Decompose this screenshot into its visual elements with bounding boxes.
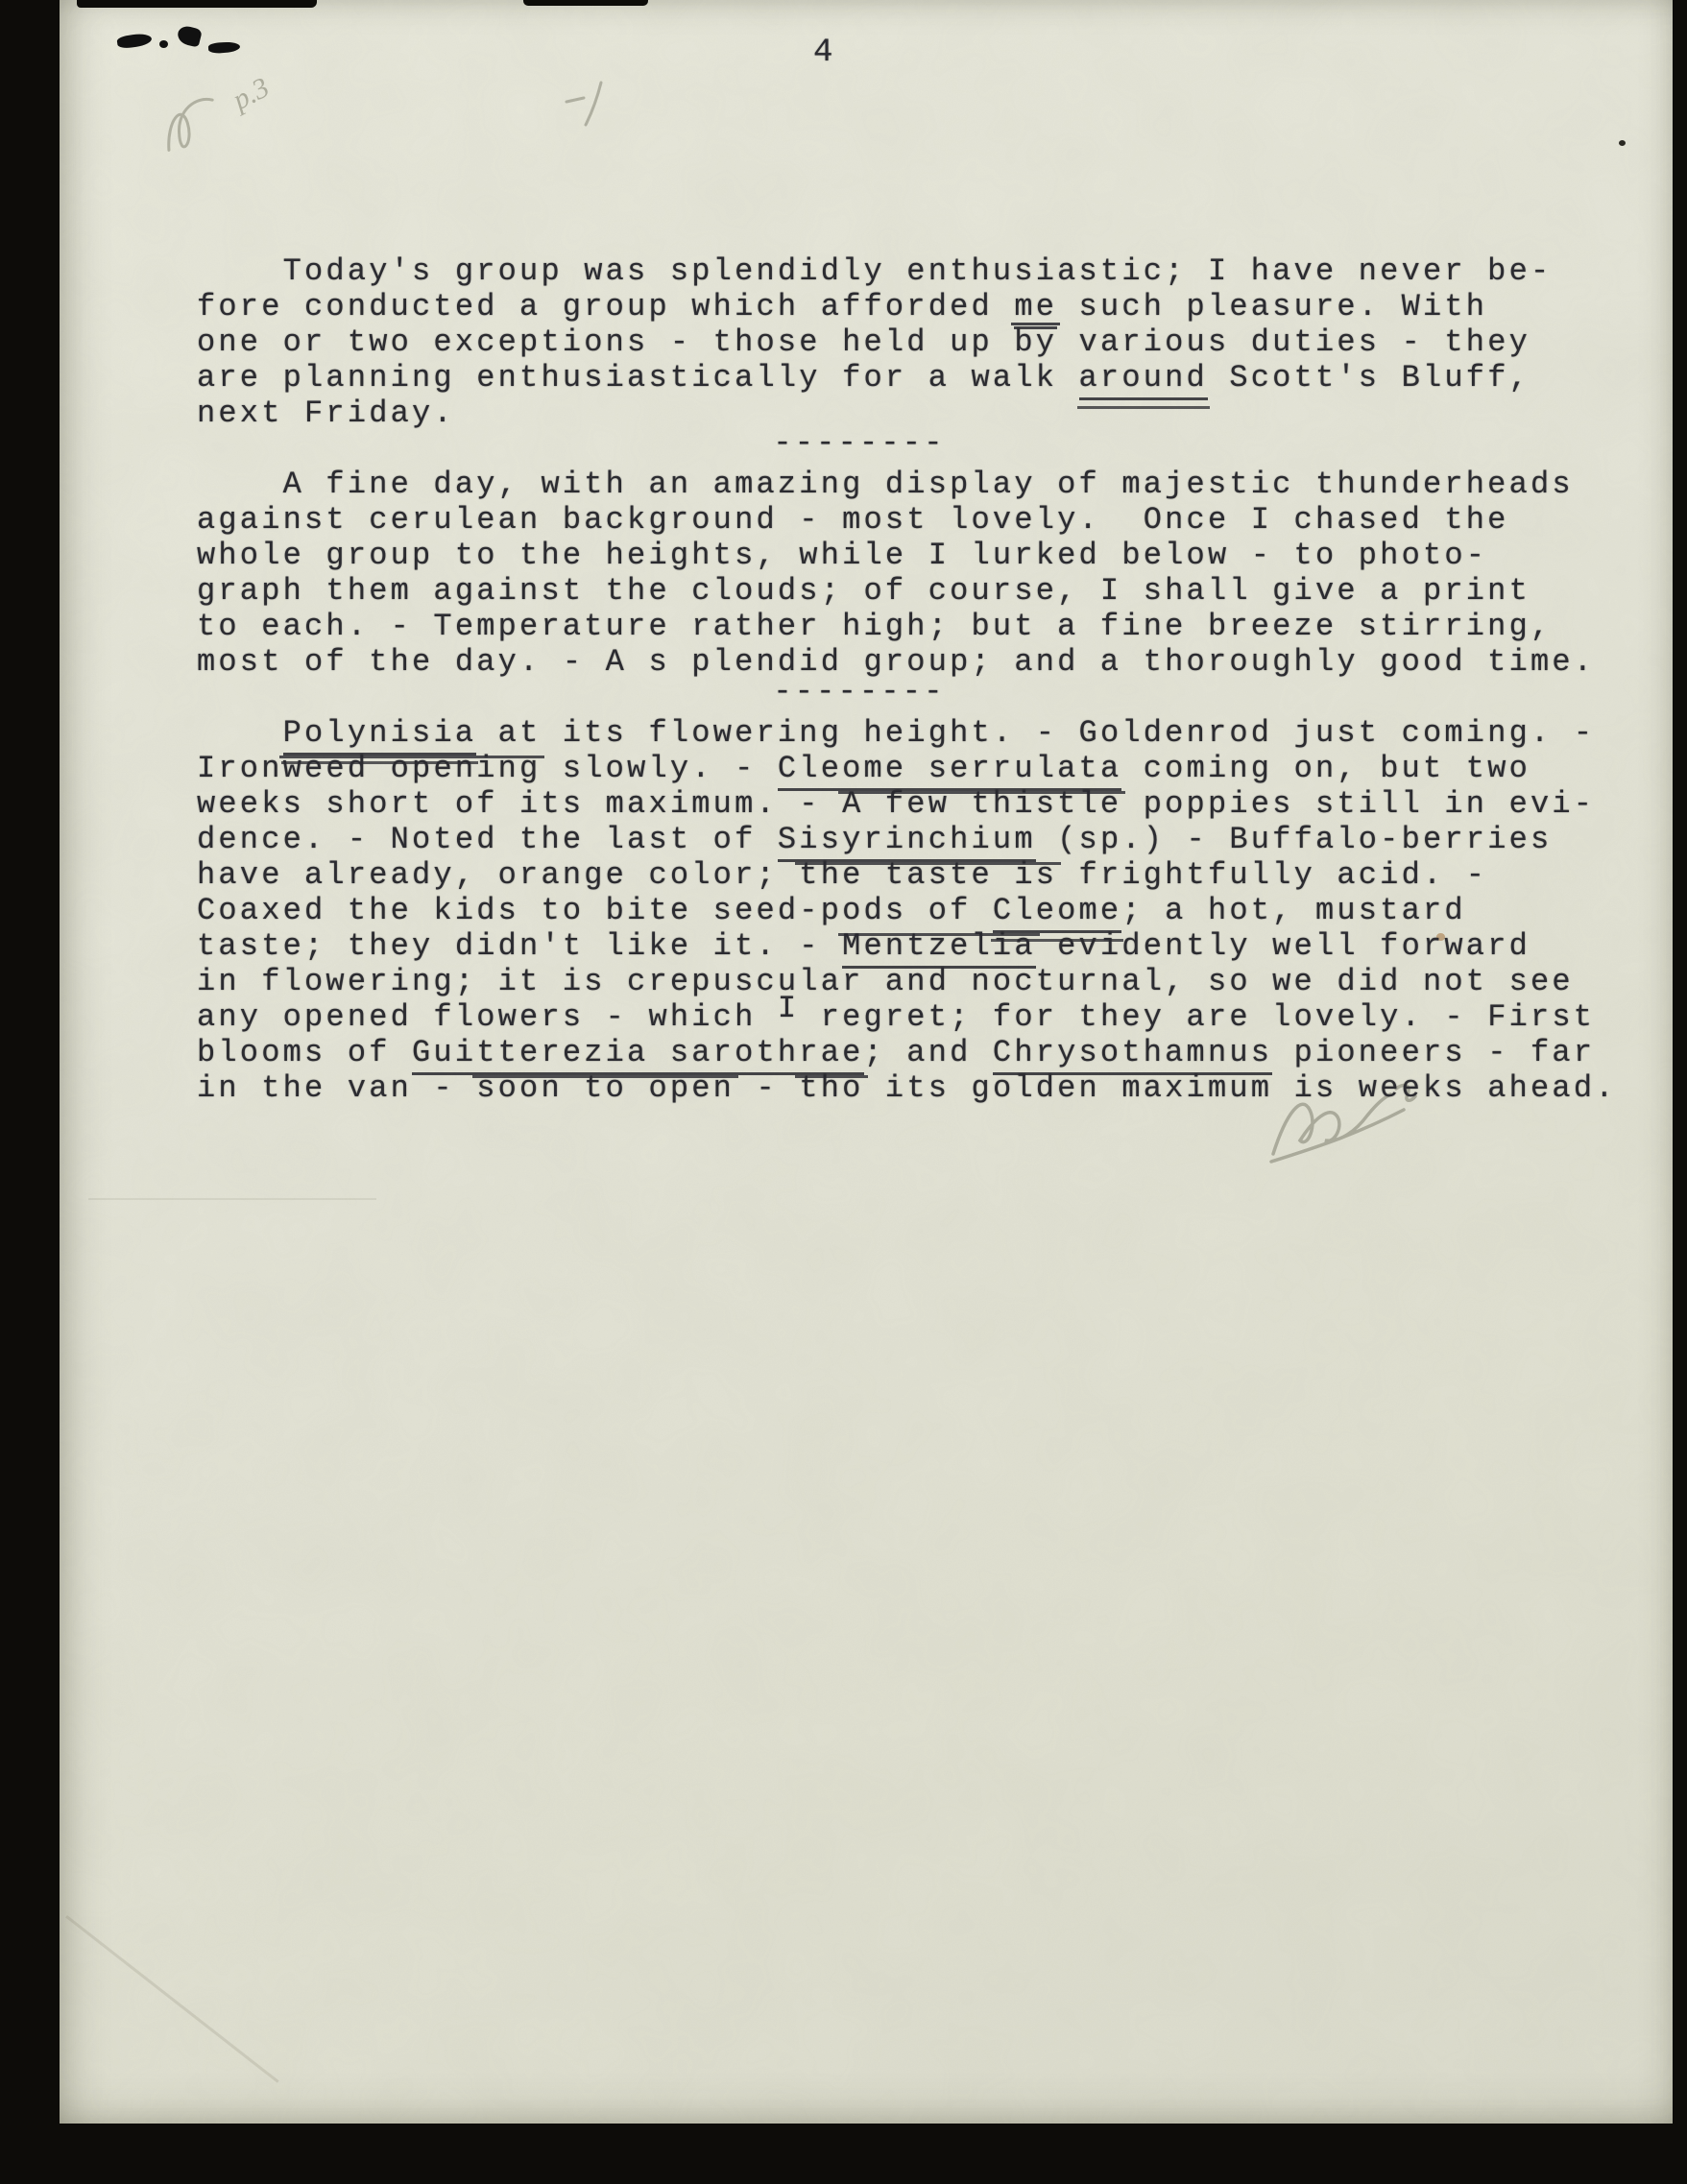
- text-segment: against cerulean background - most lovel…: [197, 502, 1509, 538]
- scan-border-right: [1673, 0, 1687, 2184]
- emphasized-text: I: [778, 991, 799, 1026]
- text-segment: Today's group was splendidly enthusiasti…: [197, 253, 1552, 289]
- pencil-note-text: p.3: [226, 71, 274, 116]
- emphasized-text: Guitterezia sarothrae: [412, 1035, 863, 1075]
- text-segment: in the van -: [197, 1070, 476, 1106]
- paper-crease: [65, 1915, 278, 2083]
- text-segment: one or two exceptions - those held up: [197, 324, 1014, 360]
- text-segment: in flowering; it is crepuscular and noct…: [197, 964, 1574, 999]
- text-segment: various duties - they: [1057, 324, 1530, 360]
- text-segment: are planning enthusiastically for a walk: [197, 360, 1079, 396]
- text-line: in flowering; it is crepuscular and noct…: [197, 964, 1618, 999]
- text-line: Ironweed opening slowly. - Cleome serrul…: [197, 751, 1618, 786]
- text-line: have already, orange color; the taste is…: [197, 857, 1618, 893]
- dashed-separator: --------: [149, 680, 1570, 715]
- page-number: 4: [813, 35, 832, 71]
- ink-blot-mark: [116, 33, 152, 50]
- text-segment: Scott's Bluff,: [1208, 360, 1530, 396]
- text-line: Coaxed the kids to bite seed-pods of Cle…: [197, 893, 1618, 928]
- text-segment: at its flowering height. - Goldenrod jus…: [476, 715, 1595, 751]
- text-segment: its golden maximum is weeks ahead.: [864, 1070, 1617, 1106]
- text-line: fore conducted a group which afforded me…: [197, 289, 1618, 324]
- text-segment: Iron: [197, 751, 283, 786]
- text-segment: ; and: [864, 1035, 993, 1070]
- text-segment: such pleasure. With: [1057, 289, 1487, 324]
- scan-border-top: [77, 0, 317, 8]
- text-segment: ; a hot, mustard: [1121, 893, 1465, 928]
- text-segment: to each. - Temperature rather high; but …: [197, 609, 1552, 644]
- emphasized-text: weed opening: [283, 751, 542, 786]
- typed-text-body: Today's group was splendidly enthusiasti…: [197, 253, 1618, 1106]
- text-line: blooms of Guitterezia sarothrae; and Chr…: [197, 1035, 1618, 1070]
- emphasized-text: Cleome serrulata: [778, 751, 1121, 791]
- text-segment: blooms of: [197, 1035, 412, 1070]
- text-segment: Coaxed the kids to bite seed-pods of: [197, 893, 993, 928]
- emphasized-text: the taste is: [799, 857, 1057, 893]
- text-line: whole group to the heights, while I lurk…: [197, 538, 1618, 573]
- text-line: Today's group was splendidly enthusiasti…: [197, 253, 1618, 289]
- scan-border-top: [523, 0, 648, 6]
- pencil-tick-mark: [559, 75, 626, 132]
- paragraph: A fine day, with an amazing display of m…: [197, 467, 1618, 680]
- ink-speck: [1619, 140, 1626, 146]
- text-segment: dence. - Noted the last of: [197, 822, 778, 857]
- emphasized-text: Polynisia: [283, 715, 477, 756]
- dashed-separator: --------: [149, 431, 1570, 467]
- scanned-page-canvas: 4 p.3 Today's group was splendidly enthu…: [0, 0, 1687, 2184]
- text-segment: next Friday.: [197, 396, 455, 431]
- text-segment: evidently well forward: [1036, 928, 1530, 964]
- text-segment: coming on, but two: [1121, 751, 1530, 786]
- text-line: in the van - soon to open - tho its gold…: [197, 1070, 1618, 1106]
- text-segment: graph them against the clouds; of course…: [197, 573, 1530, 609]
- text-segment: taste; they didn't like it. -: [197, 928, 842, 964]
- paragraph: Today's group was splendidly enthusiasti…: [197, 253, 1618, 431]
- text-segment: pioneers - far: [1272, 1035, 1595, 1070]
- text-segment: weeks short of its maximum. -: [197, 786, 842, 822]
- emphasized-text: Cleome: [993, 893, 1121, 933]
- text-segment: whole group to the heights, while I lurk…: [197, 538, 1487, 573]
- text-segment: regret; for they are lovely. - First: [799, 999, 1595, 1035]
- text-segment: -: [735, 1070, 799, 1106]
- text-line: against cerulean background - most lovel…: [197, 502, 1618, 538]
- emphasized-text: A few thistle: [842, 786, 1121, 822]
- paper-sheet: 4 p.3 Today's group was splendidly enthu…: [60, 0, 1673, 2124]
- text-line: graph them against the clouds; of course…: [197, 573, 1618, 609]
- text-segment: [197, 715, 283, 751]
- text-segment: slowly. -: [541, 751, 777, 786]
- scan-border-bottom: [0, 2124, 1687, 2184]
- text-line: to each. - Temperature rather high; but …: [197, 609, 1618, 644]
- text-segment: fore conducted a group which afforded: [197, 289, 1014, 324]
- text-line: weeks short of its maximum. - A few this…: [197, 786, 1618, 822]
- text-segment: any opened flowers - which: [197, 999, 778, 1035]
- text-line: A fine day, with an amazing display of m…: [197, 467, 1618, 502]
- text-line: taste; they didn't like it. - Mentzelia …: [197, 928, 1618, 964]
- emphasized-text: tho: [799, 1070, 863, 1106]
- emphasized-text: around: [1079, 360, 1208, 400]
- emphasized-text: by: [1014, 324, 1057, 360]
- text-line: any opened flowers - which I regret; for…: [197, 999, 1618, 1035]
- paper-crease: [88, 1198, 376, 1200]
- text-segment: poppies still in evi-: [1121, 786, 1595, 822]
- emphasized-text: Chrysothamnus: [993, 1035, 1272, 1075]
- emphasized-text: Sisyrinchium: [778, 822, 1036, 862]
- emphasized-text: soon to open: [476, 1070, 735, 1106]
- ink-blot-mark: [176, 24, 203, 47]
- text-line: dence. - Noted the last of Sisyrinchium …: [197, 822, 1618, 857]
- text-line: are planning enthusiastically for a walk…: [197, 360, 1618, 396]
- text-segment: frightfully acid. -: [1057, 857, 1487, 893]
- paragraph: Polynisia at its flowering height. - Gol…: [197, 715, 1618, 1106]
- text-line: one or two exceptions - those held up by…: [197, 324, 1618, 360]
- text-line: Polynisia at its flowering height. - Gol…: [197, 715, 1618, 751]
- ink-blot-mark: [208, 41, 241, 54]
- pencil-note: p.3: [127, 36, 357, 161]
- text-segment: (sp.) - Buffalo-berries: [1036, 822, 1553, 857]
- text-segment: have already, orange color;: [197, 857, 799, 893]
- emphasized-text: Mentzelia: [842, 928, 1036, 969]
- text-segment: A fine day, with an amazing display of m…: [197, 467, 1574, 502]
- ink-blot-mark: [159, 40, 168, 48]
